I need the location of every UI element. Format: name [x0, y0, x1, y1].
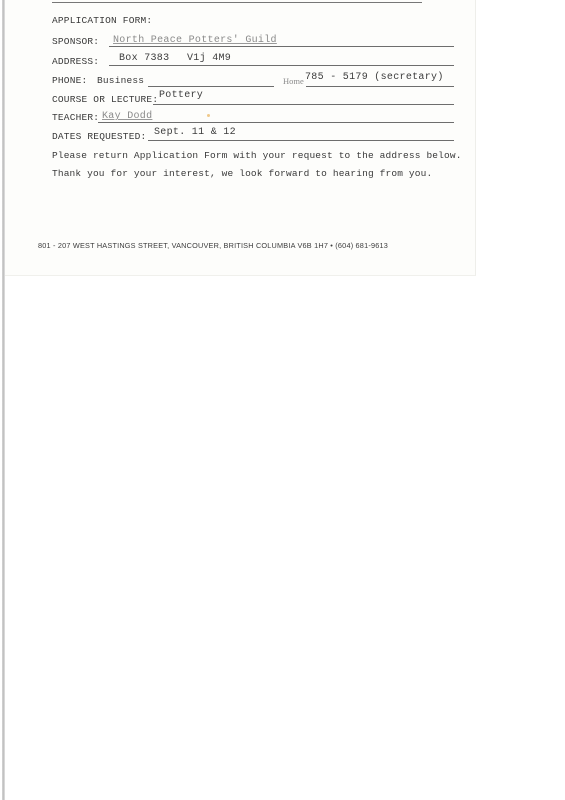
dates-line — [148, 140, 454, 141]
course-label: COURSE OR LECTURE: — [52, 94, 158, 105]
form-title: APPLICATION FORM: — [52, 15, 152, 26]
footer-address: 801 - 207 WEST HASTINGS STREET, VANCOUVE… — [38, 241, 388, 250]
phone-home-value: 785 - 5179 (secretary) — [305, 72, 444, 83]
address-label: ADDRESS: — [52, 56, 99, 67]
phone-home-line — [306, 86, 454, 87]
stain-mark — [207, 114, 210, 117]
teacher-value: Kay Dodd — [102, 111, 152, 122]
address-postal-value: V1j 4M9 — [187, 53, 231, 64]
top-rule — [52, 2, 422, 3]
dates-value: Sept. 11 & 12 — [154, 127, 236, 138]
instruction-return: Please return Application Form with your… — [52, 150, 462, 161]
address-line — [109, 65, 454, 66]
course-value: Pottery — [159, 90, 203, 101]
teacher-line — [98, 122, 454, 123]
dates-label: DATES REQUESTED: — [52, 131, 146, 142]
phone-home-label: Home — [283, 76, 304, 86]
sponsor-value: North Peace Potters' Guild — [113, 35, 277, 46]
phone-business-line — [148, 86, 274, 87]
course-line — [153, 104, 454, 105]
application-form-card: APPLICATION FORM: SPONSOR: North Peace P… — [5, 0, 476, 276]
phone-business-label: Business — [97, 75, 144, 86]
phone-label: PHONE: — [52, 75, 87, 86]
teacher-label: TEACHER: — [52, 112, 99, 123]
address-box-value: Box 7383 — [119, 53, 169, 64]
instruction-thanks: Thank you for your interest, we look for… — [52, 168, 432, 179]
sponsor-label: SPONSOR: — [52, 36, 99, 47]
sponsor-line — [109, 46, 454, 47]
